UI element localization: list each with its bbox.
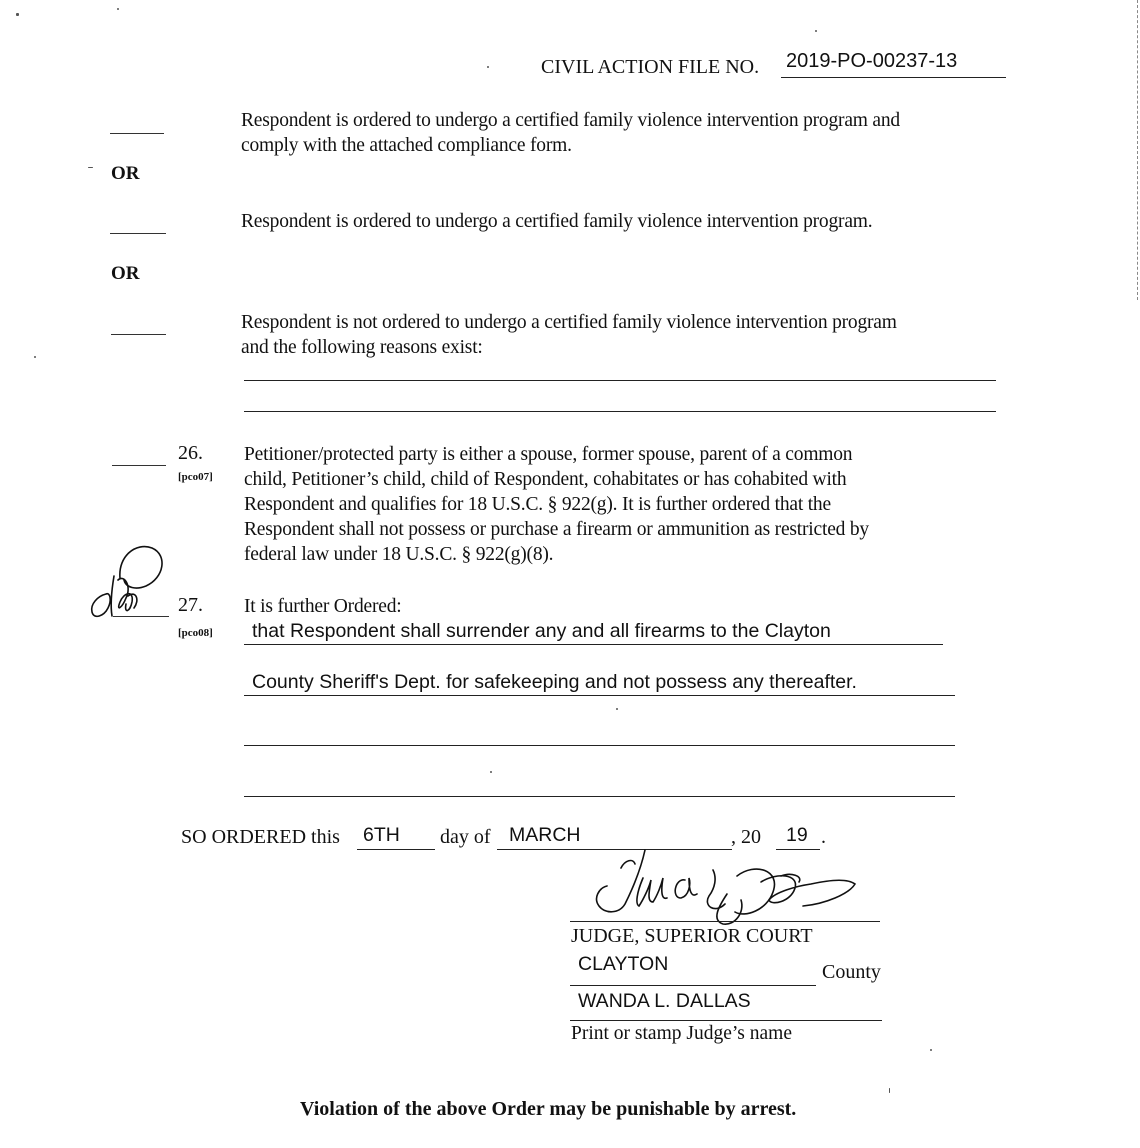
county-field[interactable]: CLAYTON [570,985,816,986]
violation-warning: Violation of the above Order may be puni… [300,1098,796,1121]
item-27-filled-text-1: that Respondent shall surrender any and … [252,620,831,643]
county-value: CLAYTON [578,953,668,976]
item-27-code: [pco08] [178,627,213,639]
option-3-text: Respondent is not ordered to undergo a c… [241,310,1001,360]
option-3-checkbox-blank[interactable] [111,334,166,335]
scan-speck [616,708,618,710]
option-1-line-1: Respondent is ordered to undergo a certi… [241,108,1001,133]
option-2-text: Respondent is ordered to undergo a certi… [241,209,872,234]
judge-name-label: Print or stamp Judge’s name [571,1023,792,1045]
option-2-checkbox-blank[interactable] [110,233,166,234]
option-1-text: Respondent is ordered to undergo a certi… [241,108,1001,158]
judge-signature-line [570,921,880,922]
or-label-2: OR [111,263,140,285]
scan-speck [490,771,492,773]
order-day-field[interactable]: 6TH [357,849,435,850]
item-26-line: Respondent shall not possess or purchase… [244,517,984,542]
item-27-number: 27. [178,594,203,617]
scan-speck [815,30,817,32]
scan-speck [117,8,119,10]
scan-speck [487,66,489,68]
option-3-line-2: and the following reasons exist: [241,335,1001,360]
item-26-number: 26. [178,442,203,465]
order-year-value: 19 [786,824,808,847]
order-date-period: . [821,826,826,849]
year-prefix: , 20 [731,826,761,849]
scan-speck [88,167,93,168]
item-26-line: federal law under 18 U.S.C. § 922(g)(8). [244,542,984,567]
item-26-line: Respondent and qualifies for 18 U.S.C. §… [244,492,984,517]
file-number-underline [781,77,1006,78]
item-27-line-1[interactable]: that Respondent shall surrender any and … [244,644,943,645]
scan-speck [34,356,36,358]
item-27-line-2[interactable]: County Sheriff's Dept. for safekeeping a… [244,695,955,696]
judge-title: JUDGE, SUPERIOR COURT [571,925,813,948]
handwritten-initials-icon [84,538,170,624]
county-label: County [822,961,881,984]
day-of-label: day of [440,826,491,849]
option-1-line-2: comply with the attached compliance form… [241,133,1001,158]
item-27-checkbox-blank[interactable] [113,616,169,617]
scan-speck [889,1088,890,1093]
scan-speck [16,13,19,16]
or-label-1: OR [111,163,140,185]
item-26-text: Petitioner/protected party is either a s… [244,442,984,567]
item-26-line: child, Petitioner’s child, child of Resp… [244,467,984,492]
file-number-label: CIVIL ACTION FILE NO. [541,56,759,79]
reason-line-1[interactable] [244,380,996,381]
order-day-value: 6TH [363,824,400,847]
scan-edge [1137,0,1138,300]
item-26-checkbox-blank[interactable] [112,465,166,466]
file-number-value: 2019-PO-00237-13 [786,50,957,73]
item-27-filled-text-2: County Sheriff's Dept. for safekeeping a… [252,671,857,694]
item-27-label: It is further Ordered: [244,594,402,619]
item-27-line-3[interactable] [244,745,955,746]
item-27-line-4[interactable] [244,796,955,797]
judge-name-value: WANDA L. DALLAS [578,990,751,1013]
reason-line-2[interactable] [244,411,996,412]
item-26-line: Petitioner/protected party is either a s… [244,442,984,467]
item-26-code: [pco07] [178,471,213,483]
judge-name-field[interactable]: WANDA L. DALLAS [570,1020,882,1021]
order-month-value: MARCH [509,824,581,847]
option-3-line-1: Respondent is not ordered to undergo a c… [241,310,1001,335]
option-1-checkbox-blank[interactable] [110,133,164,134]
so-ordered-prefix: SO ORDERED this [181,826,340,849]
scan-speck [930,1049,932,1051]
judge-signature-icon [585,848,865,928]
